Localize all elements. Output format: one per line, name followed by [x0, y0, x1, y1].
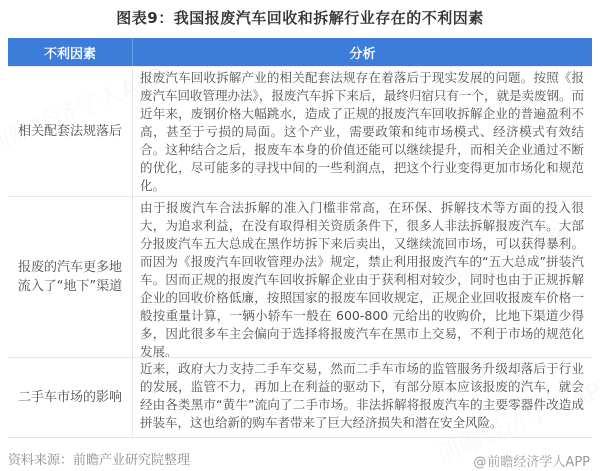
figure-page: 前瞻经济学人APP 前瞻经济学人APP 前瞻经济学人APP 图表9：我国报废汽车… [0, 0, 600, 471]
logo-icon: @ [473, 455, 486, 470]
analysis-cell: 由于报废汽车合法拆解的准入门槛非常高，在环保、拆解技术等方面的投入很大，为追求利… [132, 197, 592, 357]
table-row: 报废的汽车更多地流入了“地下”渠道 由于报废汽车合法拆解的准入门槛非常高，在环保… [8, 196, 592, 357]
table-row: 相关配套法规落后 报废汽车回收拆解产业的相关配套法规存在着落后于现实发展的问题。… [8, 66, 592, 196]
factor-cell: 二手车市场的影响 [8, 358, 132, 437]
header-cell-factor: 不利因素 [8, 38, 132, 66]
table-header-row: 不利因素 分析 [8, 38, 592, 66]
factor-cell: 报废的汽车更多地流入了“地下”渠道 [8, 197, 132, 357]
figure-title: 图表9：我国报废汽车回收和拆解行业存在的不利因素 [0, 7, 600, 28]
brand-label: 前瞻经济学人APP [487, 455, 590, 470]
factor-cell: 相关配套法规落后 [8, 67, 132, 196]
brand-credit: @前瞻经济学人APP [473, 451, 590, 470]
factors-table: 不利因素 分析 相关配套法规落后 报废汽车回收拆解产业的相关配套法规存在着落后于… [8, 38, 592, 438]
source-note: 资料来源：前瞻产业研究院整理 [8, 449, 190, 468]
table-row: 二手车市场的影响 近来，政府大力支持二手车交易，然而二手车市场的监管服务升级却落… [8, 357, 592, 437]
header-cell-analysis: 分析 [132, 38, 592, 66]
analysis-cell: 近来，政府大力支持二手车交易，然而二手车市场的监管服务升级却落后于行业的发展，监… [132, 358, 592, 437]
analysis-cell: 报废汽车回收拆解产业的相关配套法规存在着落后于现实发展的问题。按照《报废汽车回收… [132, 67, 592, 196]
